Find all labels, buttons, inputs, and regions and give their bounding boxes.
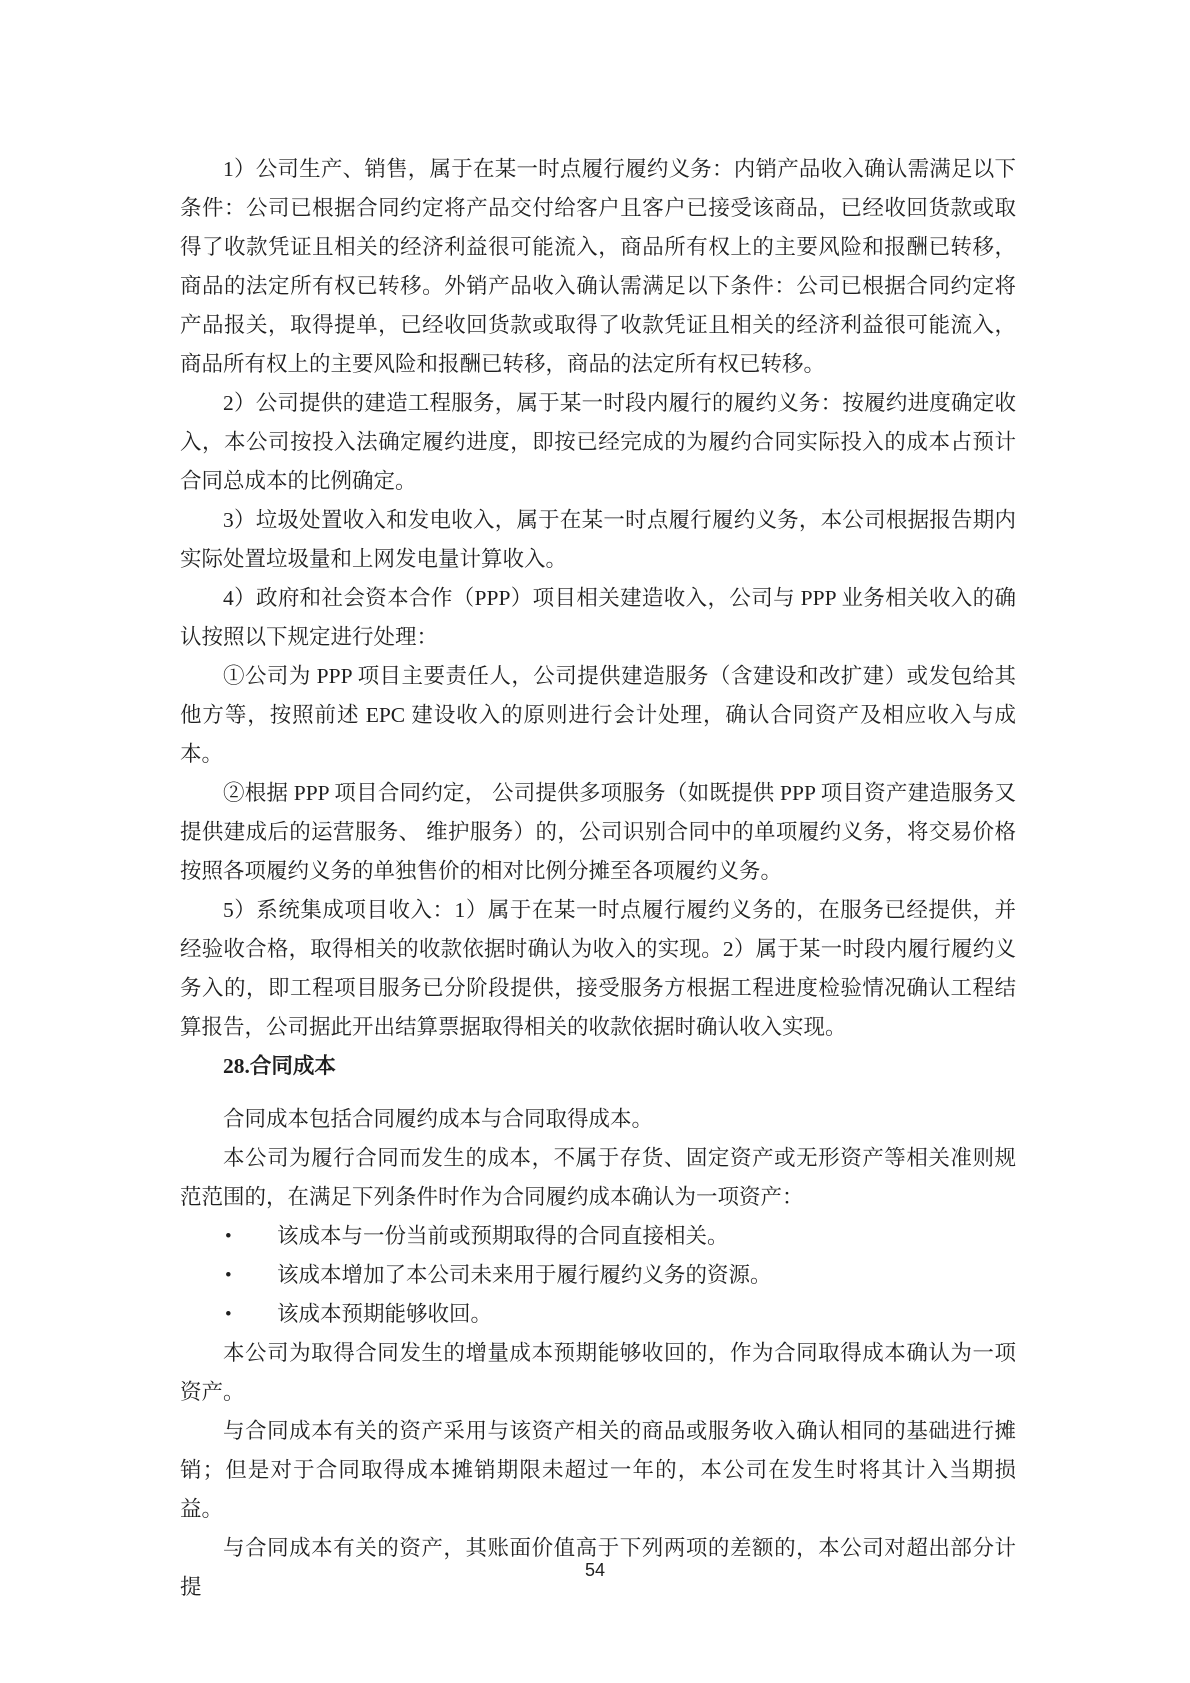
document-page: 1）公司生产、销售，属于在某一时点履行履约义务：内销产品收入确认需满足以下条件：… (0, 0, 1190, 1683)
bullet-item: • 该成本增加了本公司未来用于履行履约义务的资源。 (180, 1256, 1016, 1295)
body-paragraph: 4）政府和社会资本合作（PPP）项目相关建造收入，公司与 PPP 业务相关收入的… (180, 579, 1016, 657)
bullet-item-text: 该成本增加了本公司未来用于履行履约义务的资源。 (277, 1256, 1016, 1295)
body-paragraph: 5）系统集成项目收入：1）属于在某一时点履行履约义务的，在服务已经提供，并经验收… (180, 891, 1016, 1047)
page-number: 54 (0, 1560, 1190, 1581)
body-paragraph: ②根据 PPP 项目合同约定， 公司提供多项服务（如既提供 PPP 项目资产建造… (180, 774, 1016, 891)
bullet-item: • 该成本预期能够收回。 (180, 1295, 1016, 1334)
bullet-icon: • (180, 1295, 277, 1334)
bullet-item-text: 该成本预期能够收回。 (277, 1295, 1016, 1334)
page-content: 1）公司生产、销售，属于在某一时点履行履约义务：内销产品收入确认需满足以下条件：… (180, 150, 1016, 1607)
body-paragraph: ①公司为 PPP 项目主要责任人，公司提供建造服务（含建设和改扩建）或发包给其他… (180, 657, 1016, 774)
body-paragraph: 合同成本包括合同履约成本与合同取得成本。 (180, 1100, 1016, 1139)
body-paragraph: 2）公司提供的建造工程服务，属于某一时段内履行的履约义务：按履约进度确定收入，本… (180, 384, 1016, 501)
bullet-item-text: 该成本与一份当前或预期取得的合同直接相关。 (277, 1217, 1016, 1256)
body-paragraph: 与合同成本有关的资产采用与该资产相关的商品或服务收入确认相同的基础进行摊销；但是… (180, 1412, 1016, 1529)
bullet-icon: • (180, 1217, 277, 1256)
body-paragraph: 1）公司生产、销售，属于在某一时点履行履约义务：内销产品收入确认需满足以下条件：… (180, 150, 1016, 384)
bullet-icon: • (180, 1256, 277, 1295)
body-paragraph: 本公司为取得合同发生的增量成本预期能够收回的，作为合同取得成本确认为一项资产。 (180, 1334, 1016, 1412)
body-paragraph: 3）垃圾处置收入和发电收入，属于在某一时点履行履约义务，本公司根据报告期内实际处… (180, 501, 1016, 579)
section-heading-contract-cost: 28.合同成本 (180, 1047, 1016, 1086)
bullet-item: • 该成本与一份当前或预期取得的合同直接相关。 (180, 1217, 1016, 1256)
body-paragraph: 本公司为履行合同而发生的成本，不属于存货、固定资产或无形资产等相关准则规范范围的… (180, 1139, 1016, 1217)
